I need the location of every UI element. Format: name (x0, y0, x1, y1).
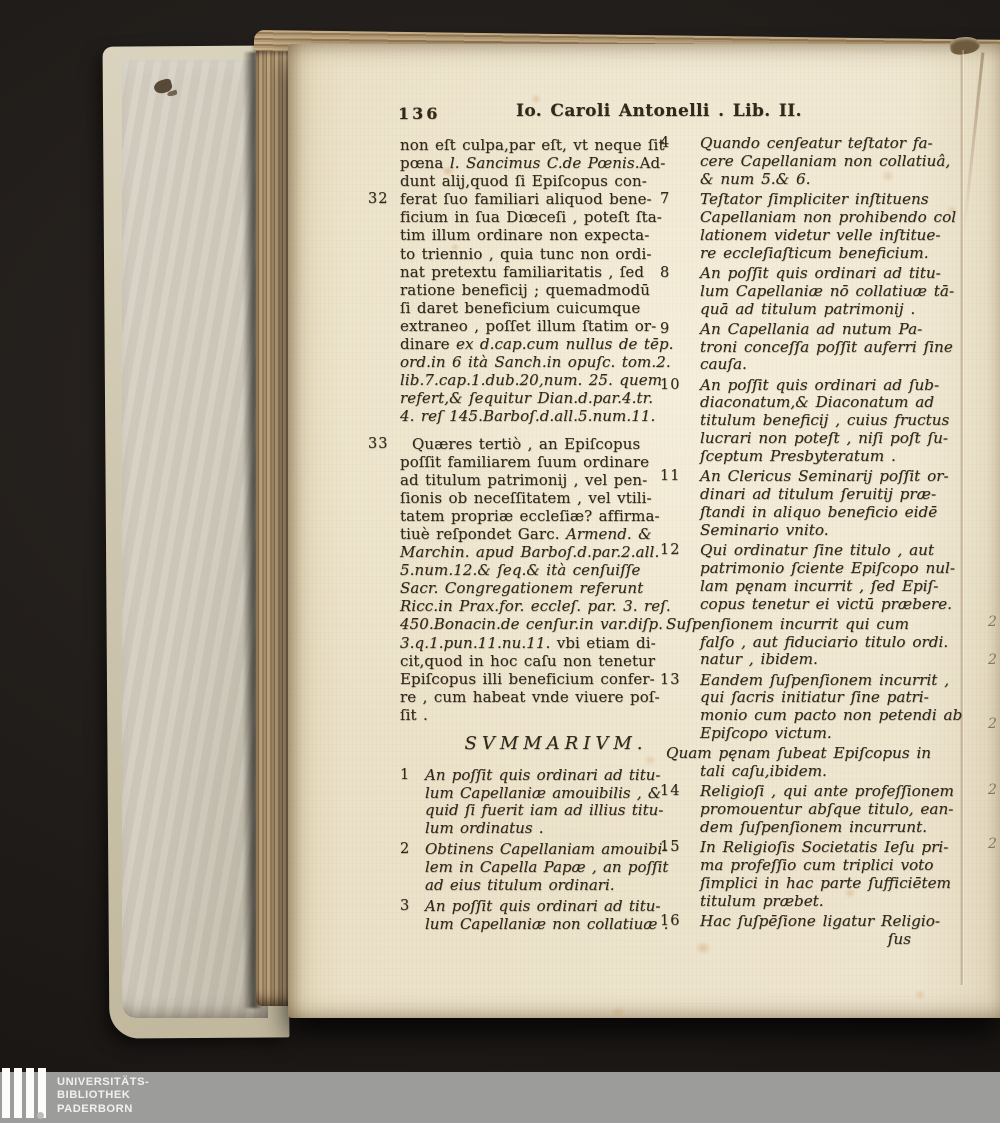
right-column-line: 8An poſſit quis ordinari ad titu- (652, 265, 997, 283)
text-run: cauſa. (700, 355, 747, 373)
text-run: troni conceſſa poſſit auferri ſine (700, 338, 953, 356)
left-column-line: tim illum ordinare non expecta- (368, 226, 674, 244)
left-column-line: lum Capellaniæ non collatiuæ . (368, 916, 674, 934)
left-column-line: 4. reſ 145.Barboſ.d.all.5.num.11. (368, 407, 674, 425)
text-run: lum ordinatus . (425, 819, 544, 837)
text-run: nat pretextu familiaritatis , ſed (400, 263, 644, 281)
margin-number: 8 (660, 265, 694, 283)
running-header: Io. Caroli Antonelli . Lib. II. (516, 101, 802, 121)
left-column-line: lem in Capella Papæ , an poſſit (368, 859, 674, 877)
left-column-line: 3An poſſit quis ordinari ad titu- (368, 898, 674, 916)
text-run: An Capellania ad nutum Pa- (700, 320, 922, 338)
text-run: In Religioſis Societatis Ieſu pri- (700, 838, 948, 856)
text-run: 450.Bonacin.de cenſur.in var.diſp. (400, 615, 663, 633)
text-run: Eandem ſuſpenſionem incurrit , (700, 671, 949, 689)
book-scan-photo: 136 Io. Caroli Antonelli . Lib. II. non … (0, 0, 1000, 1123)
logo-bar (26, 1068, 34, 1118)
text-run: An poſſit quis ordinari ad titu- (425, 766, 660, 784)
text-run: lum Capellaniæ amouibilis , & (425, 784, 661, 802)
text-run: lum Capellaniæ non collatiuæ . (425, 915, 668, 933)
left-column-line: cit,quod in hoc caſu non tenetur (368, 652, 674, 670)
text-run: Hac ſuſpēſione ligatur Religio- (700, 912, 940, 930)
left-column-line: dinare ex d.cap.cum nullus de tēp. (368, 335, 674, 353)
text-run: ſi daret beneficium cuicumque (400, 299, 640, 317)
left-column-line: 32ferat ſuo familiari aliquod bene- (368, 190, 674, 208)
logo-bar (38, 1068, 46, 1118)
right-column-line: ſceptum Presbyteratum . (652, 448, 997, 466)
margin-number: 11 (660, 468, 694, 486)
text-run: tiuè reſpondet Garc. (400, 525, 566, 543)
text-run: to triennio , quia tunc non ordi- (400, 245, 652, 263)
text-run: quā ad titulum patrimonij . (700, 300, 915, 318)
margin-number: 7 (660, 191, 694, 209)
library-name-line: UNIVERSITÄTS- (57, 1076, 149, 1089)
left-column-line: Ricc.in Prax.for. eccleſ. par. 3. reſ. (368, 597, 674, 615)
text-run: dinari ad titulum ſeruitij præ- (700, 485, 936, 503)
right-column-line: cauſa. (652, 356, 997, 374)
text-run: Armend. & (566, 525, 652, 543)
text-run: ma profeſſio cum triplici voto (700, 856, 933, 874)
left-text-column: non eſt culpa,par eſt, vt neque ſitpœna … (368, 136, 674, 933)
left-column-line: ad titulum patrimonij , vel pen- (368, 471, 674, 489)
text-run: cit,quod in hoc caſu non tenetur (400, 652, 655, 670)
right-column-line: titulum beneficij , cuius fructus (652, 412, 997, 430)
ub-paderborn-logo-icon (2, 1068, 52, 1123)
right-column-line: Capellaniam non prohibendo col (652, 209, 997, 227)
text-run: vbi etiam di- (557, 634, 656, 652)
text-run: pœna (400, 154, 450, 172)
left-column-line: poſſit familiarem ſuum ordinare (368, 453, 674, 471)
text-run: An Clericus Seminarij poſſit or- (700, 467, 949, 485)
left-column-line: ad eius titulum ordinari. (368, 877, 674, 895)
library-watermark-bar: UNIVERSITÄTS- BIBLIOTHEK PADERBORN (0, 1072, 1000, 1123)
margin-number: 32 (368, 190, 388, 208)
text-run: extraneo , poſſet illum ſtatim or- (400, 317, 656, 335)
left-column-line: ſit . (368, 706, 674, 724)
right-column-line: falſo , aut fiduciario titulo ordi. (652, 634, 997, 652)
text-run: Quando cenſeatur teſtator fa- (700, 134, 933, 152)
right-column-line: Epiſcopo victum. (652, 725, 997, 743)
text-run: Qui ordinatur ſine titulo , aut (700, 541, 934, 559)
logo-dot (37, 1112, 44, 1119)
text-run: lum Capellaniæ nō collatiuæ tā- (700, 282, 954, 300)
left-column-line: to triennio , quia tunc non ordi- (368, 245, 674, 263)
margin-number: 14 (660, 783, 694, 801)
text-run: ſtandi in aliquo beneficio eidē (700, 503, 937, 521)
text-run: ferat ſuo familiari aliquod bene- (400, 190, 652, 208)
right-column-line: monio cum pacto non petendi ab (652, 707, 997, 725)
text-run: An poſſit quis ordinari ad ſub- (700, 376, 939, 394)
left-column-line: lib.7.cap.1.dub.20,num. 25. quem (368, 371, 674, 389)
right-column-line: 14Religioſi , qui ante profeſſionem (652, 783, 997, 801)
margin-number: 3 (400, 898, 409, 916)
margin-number: 12 (660, 542, 694, 560)
left-column-line: 5.num.12.& ſeq.& ità cenſuiſſe (368, 561, 674, 579)
right-column-line: ſtandi in aliquo beneficio eidē (652, 504, 997, 522)
right-column-line: lum Capellaniæ nō collatiuæ tā- (652, 283, 997, 301)
margin-number: 1 (400, 767, 409, 785)
text-run: Marchin. apud Barboſ.d.par.2.all. (400, 543, 659, 561)
text-run: An poſſit quis ordinari ad titu- (700, 264, 941, 282)
text-run: & num 5.& 6. (700, 170, 810, 188)
text-run: l. Sancimus C.de Pœnis. (450, 154, 640, 172)
text-run: ad eius titulum ordinari. (425, 876, 615, 894)
text-run: cere Capellaniam non collatiuâ, (700, 152, 950, 170)
right-column-line: lucrari non poteſt , niſi poſt ſu- (652, 430, 997, 448)
text-run: ſus (888, 930, 911, 948)
text-run: Capellaniam non prohibendo col (700, 208, 956, 226)
text-run: dem ſuſpenſionem incurrunt. (700, 818, 927, 836)
text-run: Epiſcopus illi beneficium confer- (400, 670, 655, 688)
text-run: diaconatum,& Diaconatum ad (700, 393, 934, 411)
text-run: tatem propriæ eccleſiæ? affirma- (400, 507, 660, 525)
text-run: Teſtator ſimpliciter inſtituens (700, 190, 929, 208)
left-column-line: pœna l. Sancimus C.de Pœnis.Ad- (368, 154, 674, 172)
margin-number: 2 (400, 841, 409, 859)
left-column-line: refert,& ſequitur Dian.d.par.4.tr. (368, 389, 674, 407)
text-run: 3.q.1.pun.11.nu.11. (400, 634, 557, 652)
library-name: UNIVERSITÄTS- BIBLIOTHEK PADERBORN (57, 1076, 149, 1116)
text-run: Obtinens Capellaniam amouibi- (425, 840, 667, 858)
text-run: ad titulum patrimonij , vel pen- (400, 471, 647, 489)
text-run: copus tenetur ei victū præbere. (700, 595, 952, 613)
right-column-line: cere Capellaniam non collatiuâ, (652, 153, 997, 171)
margin-number: 33 (368, 435, 388, 453)
right-column-line: 13Eandem ſuſpenſionem incurrit , (652, 672, 997, 690)
right-column-line: & num 5.& 6. (652, 171, 997, 189)
margin-number: 4 (660, 135, 694, 153)
right-column-line: re eccleſiaſticum beneficium. (652, 245, 997, 263)
text-run: ſionis ob neceſſitatem , vel vtili- (400, 489, 652, 507)
left-column-line: Sacr. Congregationem referunt (368, 579, 674, 597)
cutoff-margin-number: 2 (988, 782, 997, 798)
right-column-line: troni conceſſa poſſit auferri ſine (652, 339, 997, 357)
text-run: lam pęnam incurrit , ſed Epiſ- (700, 577, 938, 595)
text-run: qui ſacris initiatur ſine patri- (700, 688, 929, 706)
right-column-line: 4Quando cenſeatur teſtator fa- (652, 135, 997, 153)
text-run: Epiſcopo victum. (700, 724, 832, 742)
text-run: falſo , aut fiduciario titulo ordi. (700, 633, 948, 651)
text-run: ficium in ſua Diœceſi , poteſt ſta- (400, 208, 662, 226)
text-run: ord.in 6 ità Sanch.in opuſc. tom.2. (400, 353, 671, 371)
text-run: An poſſit quis ordinari ad titu- (425, 897, 660, 915)
margin-number: 9 (660, 321, 694, 339)
right-column-line: natur , ibidem. (652, 651, 997, 669)
margin-number: 13 (660, 672, 694, 690)
text-run: Quæres tertiò , an Epiſcopus (412, 435, 640, 453)
cutoff-margin-number: 2 (988, 716, 997, 732)
left-column-line: 3.q.1.pun.11.nu.11. vbi etiam di- (368, 634, 674, 652)
text-run: Religioſi , qui ante profeſſionem (700, 782, 954, 800)
left-column-line: Marchin. apud Barboſ.d.par.2.all. (368, 543, 674, 561)
right-column-line: ma profeſſio cum triplici voto (652, 857, 997, 875)
left-column-line: ſionis ob neceſſitatem , vel vtili- (368, 489, 674, 507)
text-run: re eccleſiaſticum beneficium. (700, 244, 929, 262)
right-column-line: Quam pęnam ſubeat Epiſcopus in (652, 745, 997, 763)
text-run: ſimplici in hac parte ſufficiētem (700, 874, 951, 892)
left-column-line: 450.Bonacin.de cenſur.in var.diſp. (368, 615, 674, 633)
left-column-line: ſi daret beneficium cuicumque (368, 299, 674, 317)
left-column-line: lum ordinatus . (368, 820, 674, 838)
right-column-line: 16Hac ſuſpēſione ligatur Religio- (652, 913, 997, 931)
left-column-line: 2Obtinens Capellaniam amouibi- (368, 841, 674, 859)
cutoff-margin-number: 2 (988, 652, 997, 668)
text-run: ſit . (400, 706, 428, 724)
text-run: non eſt culpa,par eſt, vt neque ſit (400, 136, 665, 154)
left-column-line: non eſt culpa,par eſt, vt neque ſit (368, 136, 674, 154)
text-run: promouentur abſque titulo, ean- (700, 800, 953, 818)
text-run: monio cum pacto non petendi ab (700, 706, 962, 724)
right-column-line: quā ad titulum patrimonij . (652, 301, 997, 319)
cutoff-margin-number: 2 (988, 614, 997, 630)
right-column-line: 11An Clericus Seminarij poſſit or- (652, 468, 997, 486)
left-column-line: extraneo , poſſet illum ſtatim or- (368, 317, 674, 335)
right-column-line: 7Teſtator ſimpliciter inſtituens (652, 191, 997, 209)
text-run: Sacr. Congregationem referunt (400, 579, 643, 597)
text-run: Suſpenſionem incurrit qui cum (666, 615, 909, 633)
text-run: tali caſu,ibidem. (700, 762, 827, 780)
left-column-line: ratione beneficij ; quemadmodū (368, 281, 674, 299)
logo-bar (14, 1068, 22, 1118)
margin-number: 16 (660, 913, 694, 931)
left-column-line: re , cum habeat vnde viuere poſ- (368, 688, 674, 706)
right-column-line: patrimonio ſciente Epiſcopo nul- (652, 560, 997, 578)
margin-number: 15 (660, 839, 694, 857)
left-column-line: quid ſi fuerit iam ad illius titu- (368, 802, 674, 820)
scanned-page: 136 Io. Caroli Antonelli . Lib. II. non … (288, 44, 1000, 1018)
logo-bar (2, 1068, 10, 1118)
text-run: titulum beneficij , cuius fructus (700, 411, 949, 429)
right-column-line: Seminario vnito. (652, 522, 997, 540)
text-run: ſceptum Presbyteratum . (700, 447, 896, 465)
right-column-line: titulum præbet. (652, 893, 997, 911)
right-column-line: tali caſu,ibidem. (652, 763, 997, 781)
right-column-line: lationem videtur velle inſtitue- (652, 227, 997, 245)
right-column-line: ſus (652, 931, 997, 949)
right-column-line: diaconatum,& Diaconatum ad (652, 394, 997, 412)
right-column-line: dem ſuſpenſionem incurrunt. (652, 819, 997, 837)
right-column-line: 12Qui ordinatur ſine titulo , aut (652, 542, 997, 560)
text-run: tim illum ordinare non expecta- (400, 226, 649, 244)
right-column-line: copus tenetur ei victū præbere. (652, 596, 997, 614)
text-run: patrimonio ſciente Epiſcopo nul- (700, 559, 955, 577)
text-run: ratione beneficij ; quemadmodū (400, 281, 650, 299)
right-column-line: 15In Religioſis Societatis Ieſu pri- (652, 839, 997, 857)
text-run: poſſit familiarem ſuum ordinare (400, 453, 649, 471)
text-run: Seminario vnito. (700, 521, 829, 539)
left-column-line: 1An poſſit quis ordinari ad titu- (368, 767, 674, 785)
right-text-column: 4Quando cenſeatur teſtator fa-cere Capel… (652, 133, 997, 949)
left-column-line: dunt alij,quod ſi Epiſcopus con- (368, 172, 674, 190)
page-number: 136 (398, 104, 440, 123)
right-column-line: dinari ad titulum ſeruitij præ- (652, 486, 997, 504)
text-run: 4. reſ 145.Barboſ.d.all.5.num.11. (400, 407, 655, 425)
text-run: quid ſi fuerit iam ad illius titu- (425, 801, 663, 819)
text-run: lib.7.cap.1.dub.20,num. 25. quem (400, 371, 662, 389)
text-run: natur , ibidem. (700, 650, 818, 668)
text-run: Ricc.in Prax.for. eccleſ. par. 3. reſ. (400, 597, 671, 615)
text-run: Quam pęnam ſubeat Epiſcopus in (666, 744, 931, 762)
text-run: titulum præbet. (700, 892, 824, 910)
text-run: 5.num.12.& ſeq.& ità cenſuiſſe (400, 561, 640, 579)
right-column-line: 9An Capellania ad nutum Pa- (652, 321, 997, 339)
text-run: SVMMARIVM. (464, 733, 647, 754)
right-column-line: ſimplici in hac parte ſufficiētem (652, 875, 997, 893)
library-name-line: BIBLIOTHEK (57, 1089, 149, 1102)
left-column-line: Epiſcopus illi beneficium confer- (368, 670, 674, 688)
text-run: ex d.cap.cum nullus de tēp. (456, 335, 674, 353)
left-column-line: 33Quæres tertiò , an Epiſcopus (368, 435, 674, 453)
text-run: lationem videtur velle inſtitue- (700, 226, 940, 244)
text-run: lem in Capella Papæ , an poſſit (425, 858, 668, 876)
left-column-line: tiuè reſpondet Garc. Armend. & (368, 525, 674, 543)
right-column-line: lam pęnam incurrit , ſed Epiſ- (652, 578, 997, 596)
text-run: dinare (400, 335, 456, 353)
right-column-line: promouentur abſque titulo, ean- (652, 801, 997, 819)
margin-number: 10 (660, 377, 694, 395)
text-run: refert,& ſequitur Dian.d.par.4.tr. (400, 389, 653, 407)
library-name-line: PADERBORN (57, 1103, 149, 1116)
right-column-line: qui ſacris initiatur ſine patri- (652, 689, 997, 707)
paper-damage (949, 35, 981, 56)
right-column-line: Suſpenſionem incurrit qui cum (652, 616, 997, 634)
right-column-line: 10An poſſit quis ordinari ad ſub- (652, 377, 997, 395)
left-column-line: tatem propriæ eccleſiæ? affirma- (368, 507, 674, 525)
left-column-line: ord.in 6 ità Sanch.in opuſc. tom.2. (368, 353, 674, 371)
cutoff-margin-number: 2 (988, 836, 997, 852)
left-column-line: lum Capellaniæ amouibilis , & (368, 785, 674, 803)
text-run: dunt alij,quod ſi Epiſcopus con- (400, 172, 647, 190)
text-run: lucrari non poteſt , niſi poſt ſu- (700, 429, 948, 447)
left-column-line: ficium in ſua Diœceſi , poteſt ſta- (368, 208, 674, 226)
left-column-line: nat pretextu familiaritatis , ſed (368, 263, 674, 281)
left-column-line: SVMMARIVM. (368, 732, 674, 756)
text-run: re , cum habeat vnde viuere poſ- (400, 688, 660, 706)
